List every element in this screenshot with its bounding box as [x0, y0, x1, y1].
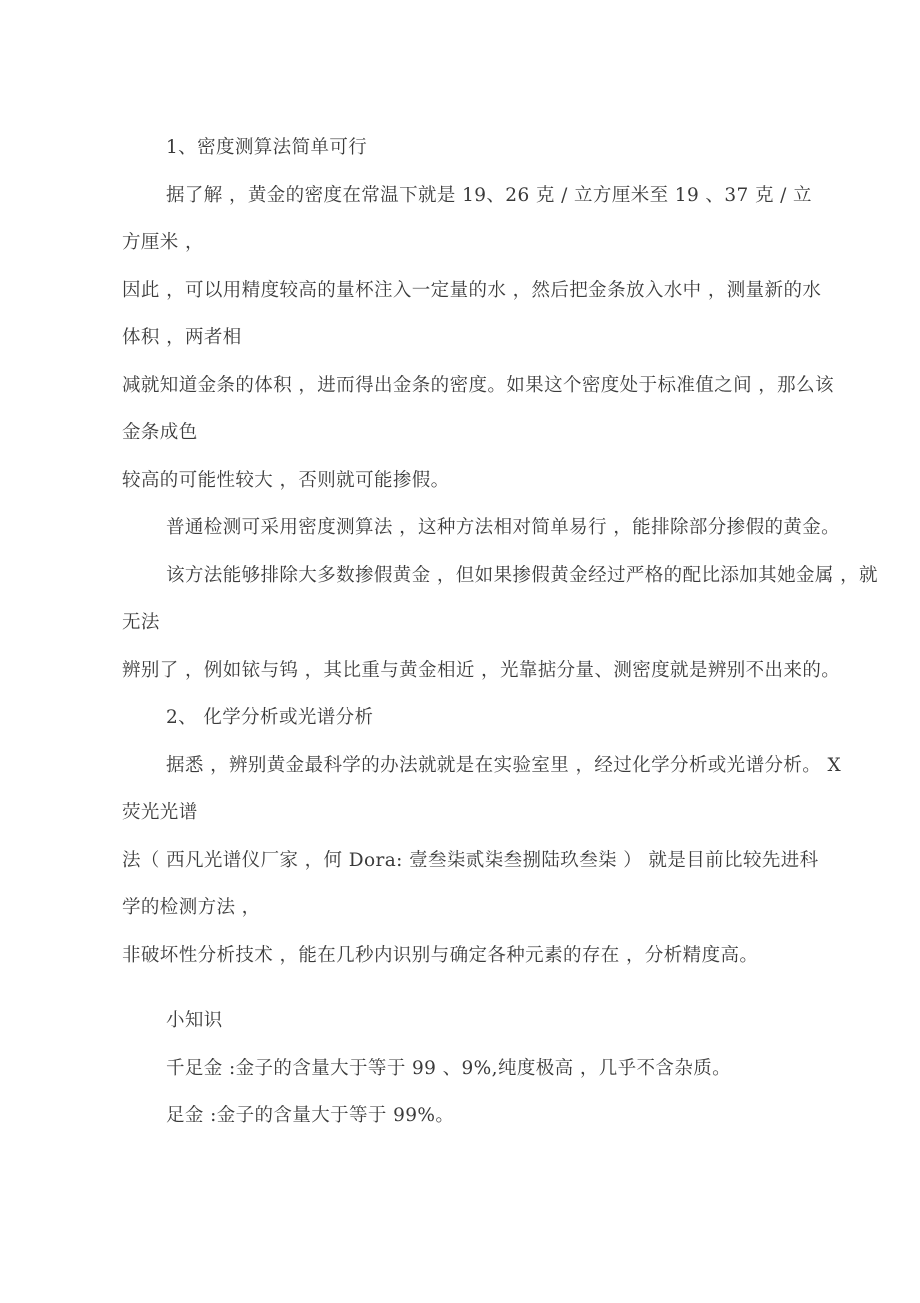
text-line-vendor-contact: 法（ 西凡光谱仪厂家 ，何 Dora: 壹叁柒贰柒叁捌陆玖叁柒 ） 就是目前比较…: [122, 837, 830, 885]
text-line-heading-1: 1、密度测算法简单可行: [122, 124, 830, 172]
text-line-method-water: 因此 ，可以用精度较高的量杯注入一定量的水 ，然后把金条放入水中 ，测量新的水: [122, 267, 830, 315]
text-line-volume-wrap: 体积 ，两者相: [122, 314, 830, 362]
text-line-density-wrap: 方厘米 ，: [122, 219, 830, 267]
text-line-density-intro: 据了解 ，黄金的密度在常温下就是 19、26 克 / 立方厘米至 19 、37 …: [122, 172, 830, 220]
text-line-tips-heading: 小知识: [122, 997, 830, 1045]
text-line-gold-purity-wrap: 金条成色: [122, 409, 830, 457]
text-line-method-wrap: 学的检测方法 ，: [122, 884, 830, 932]
text-line-heading-2: 2、 化学分析或光谱分析: [122, 694, 830, 742]
text-line-method-limit: 该方法能够排除大多数掺假黄金 ，但如果掺假黄金经过严格的配比添加其她金属 ，就: [122, 552, 830, 600]
text-line-lab-analysis: 据悉 ，辨别黄金最科学的办法就就是在实验室里 ，经过化学分析或光谱分析。 X: [122, 742, 830, 790]
text-line-cannot-wrap: 无法: [122, 599, 830, 647]
text-line-pure-gold: 足金 :金子的含量大于等于 99%。: [122, 1092, 830, 1140]
text-line-nondestructive: 非破坏性分析技术 ，能在几秒内识别与确定各种元素的存在 ，分析精度高。: [122, 932, 830, 980]
text-line-xray-wrap: 荧光光谱: [122, 789, 830, 837]
text-line-iridium-tungsten: 辨别了 ，例如铱与钨 ，其比重与黄金相近 ，光靠掂分量、测密度就是辨别不出来的。: [122, 647, 830, 695]
text-line-common-test: 普通检测可采用密度测算法 ，这种方法相对简单易行 ，能排除部分掺假的黄金。: [122, 504, 830, 552]
text-line-subtract-volume: 减就知道金条的体积 ，进而得出金条的密度。如果这个密度处于标准值之间 ，那么该: [122, 362, 830, 410]
document-page: 1、密度测算法简单可行 据了解 ，黄金的密度在常温下就是 19、26 克 / 立…: [0, 0, 920, 1303]
text-line-possibility: 较高的可能性较大 ，否则就可能掺假。: [122, 457, 830, 505]
text-line-thousand-gold: 千足金 :金子的含量大于等于 99 、9%,纯度极高 ，几乎不含杂质。: [122, 1045, 830, 1093]
